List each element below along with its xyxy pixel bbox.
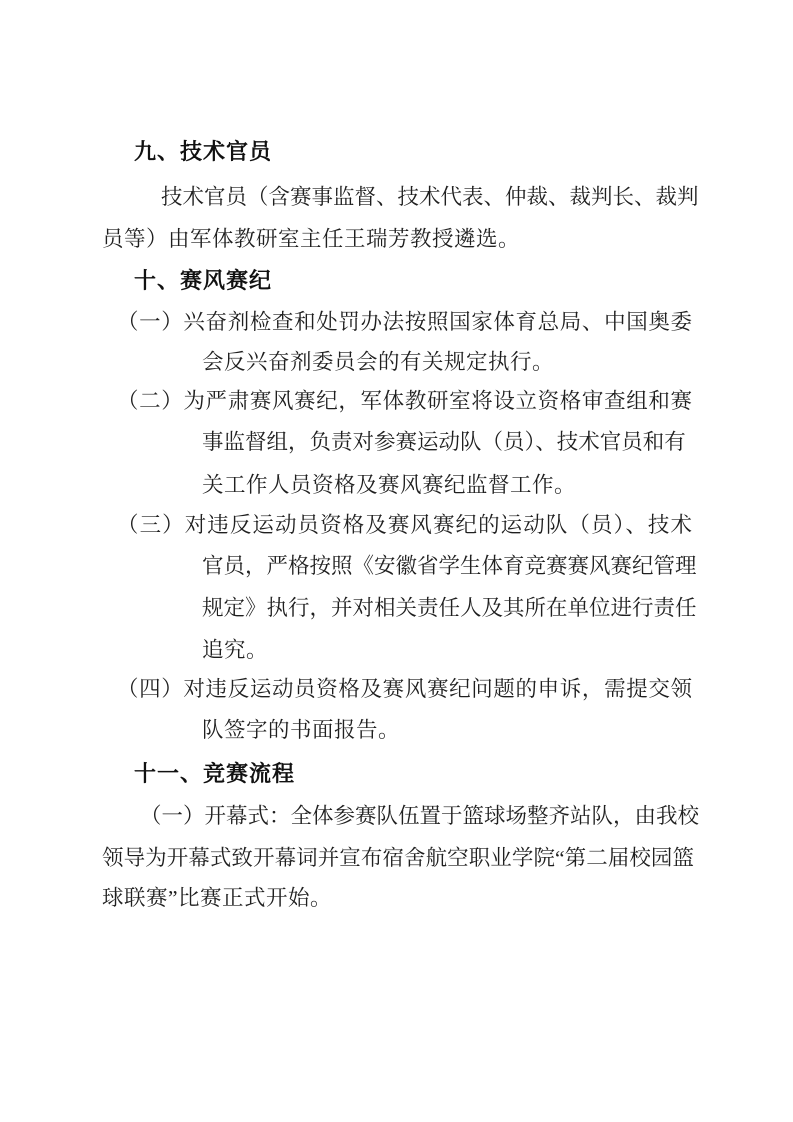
item-four-line-2: 队签字的书面报告。: [202, 717, 400, 745]
item-four-line-1: （四）对违反运动员资格及赛风赛纪问题的申诉，需提交领: [117, 676, 692, 704]
para-opening-ceremony-line-1: （一）开幕式：全体参赛队伍置于篮球场整齐站队，由我校: [140, 803, 692, 831]
item-two-line-1: （二）为严肃赛风赛纪，军体教研室将设立资格审查组和赛: [117, 388, 692, 416]
heading-section-eleven: 十一、竞赛流程: [134, 760, 295, 789]
item-two-line-2: 事监督组，负责对参赛运动队（员）、技术官员和有: [202, 429, 682, 457]
para-technical-officials-line-1: 技术官员（含赛事监督、技术代表、仲裁、裁判长、裁判: [161, 184, 684, 212]
document-page: 九、技术官员 技术官员（含赛事监督、技术代表、仲裁、裁判长、裁判 员等）由军体教…: [0, 0, 793, 1122]
item-one-line-1: （一）兴奋剂检查和处罚办法按照国家体育总局、中国奥委: [117, 309, 692, 337]
heading-section-nine: 九、技术官员: [134, 138, 272, 167]
item-three-line-4: 追究。: [202, 637, 268, 665]
heading-section-ten: 十、赛风赛纪: [134, 267, 272, 296]
item-three-line-2: 官员，严格按照《安徽省学生体育竞赛赛风赛纪管理: [202, 553, 682, 581]
para-technical-officials-line-2: 员等）由军体教研室主任王瑞芳教授遴选。: [102, 226, 520, 254]
item-three-line-3: 规定》执行，并对相关责任人及其所在单位进行责任: [202, 595, 682, 623]
para-opening-ceremony-line-3: 球联赛”比赛正式开始。: [102, 885, 332, 913]
item-two-line-3: 关工作人员资格及赛风赛纪监督工作。: [202, 472, 576, 500]
item-one-line-2: 会反兴奋剂委员会的有关规定执行。: [202, 349, 554, 377]
item-three-line-1: （三）对违反运动员资格及赛风赛纪的运动队（员）、技术: [117, 512, 692, 540]
para-opening-ceremony-line-2: 领导为开幕式致开幕词并宣布宿舍航空职业学院“第二届校园篮: [102, 845, 694, 873]
